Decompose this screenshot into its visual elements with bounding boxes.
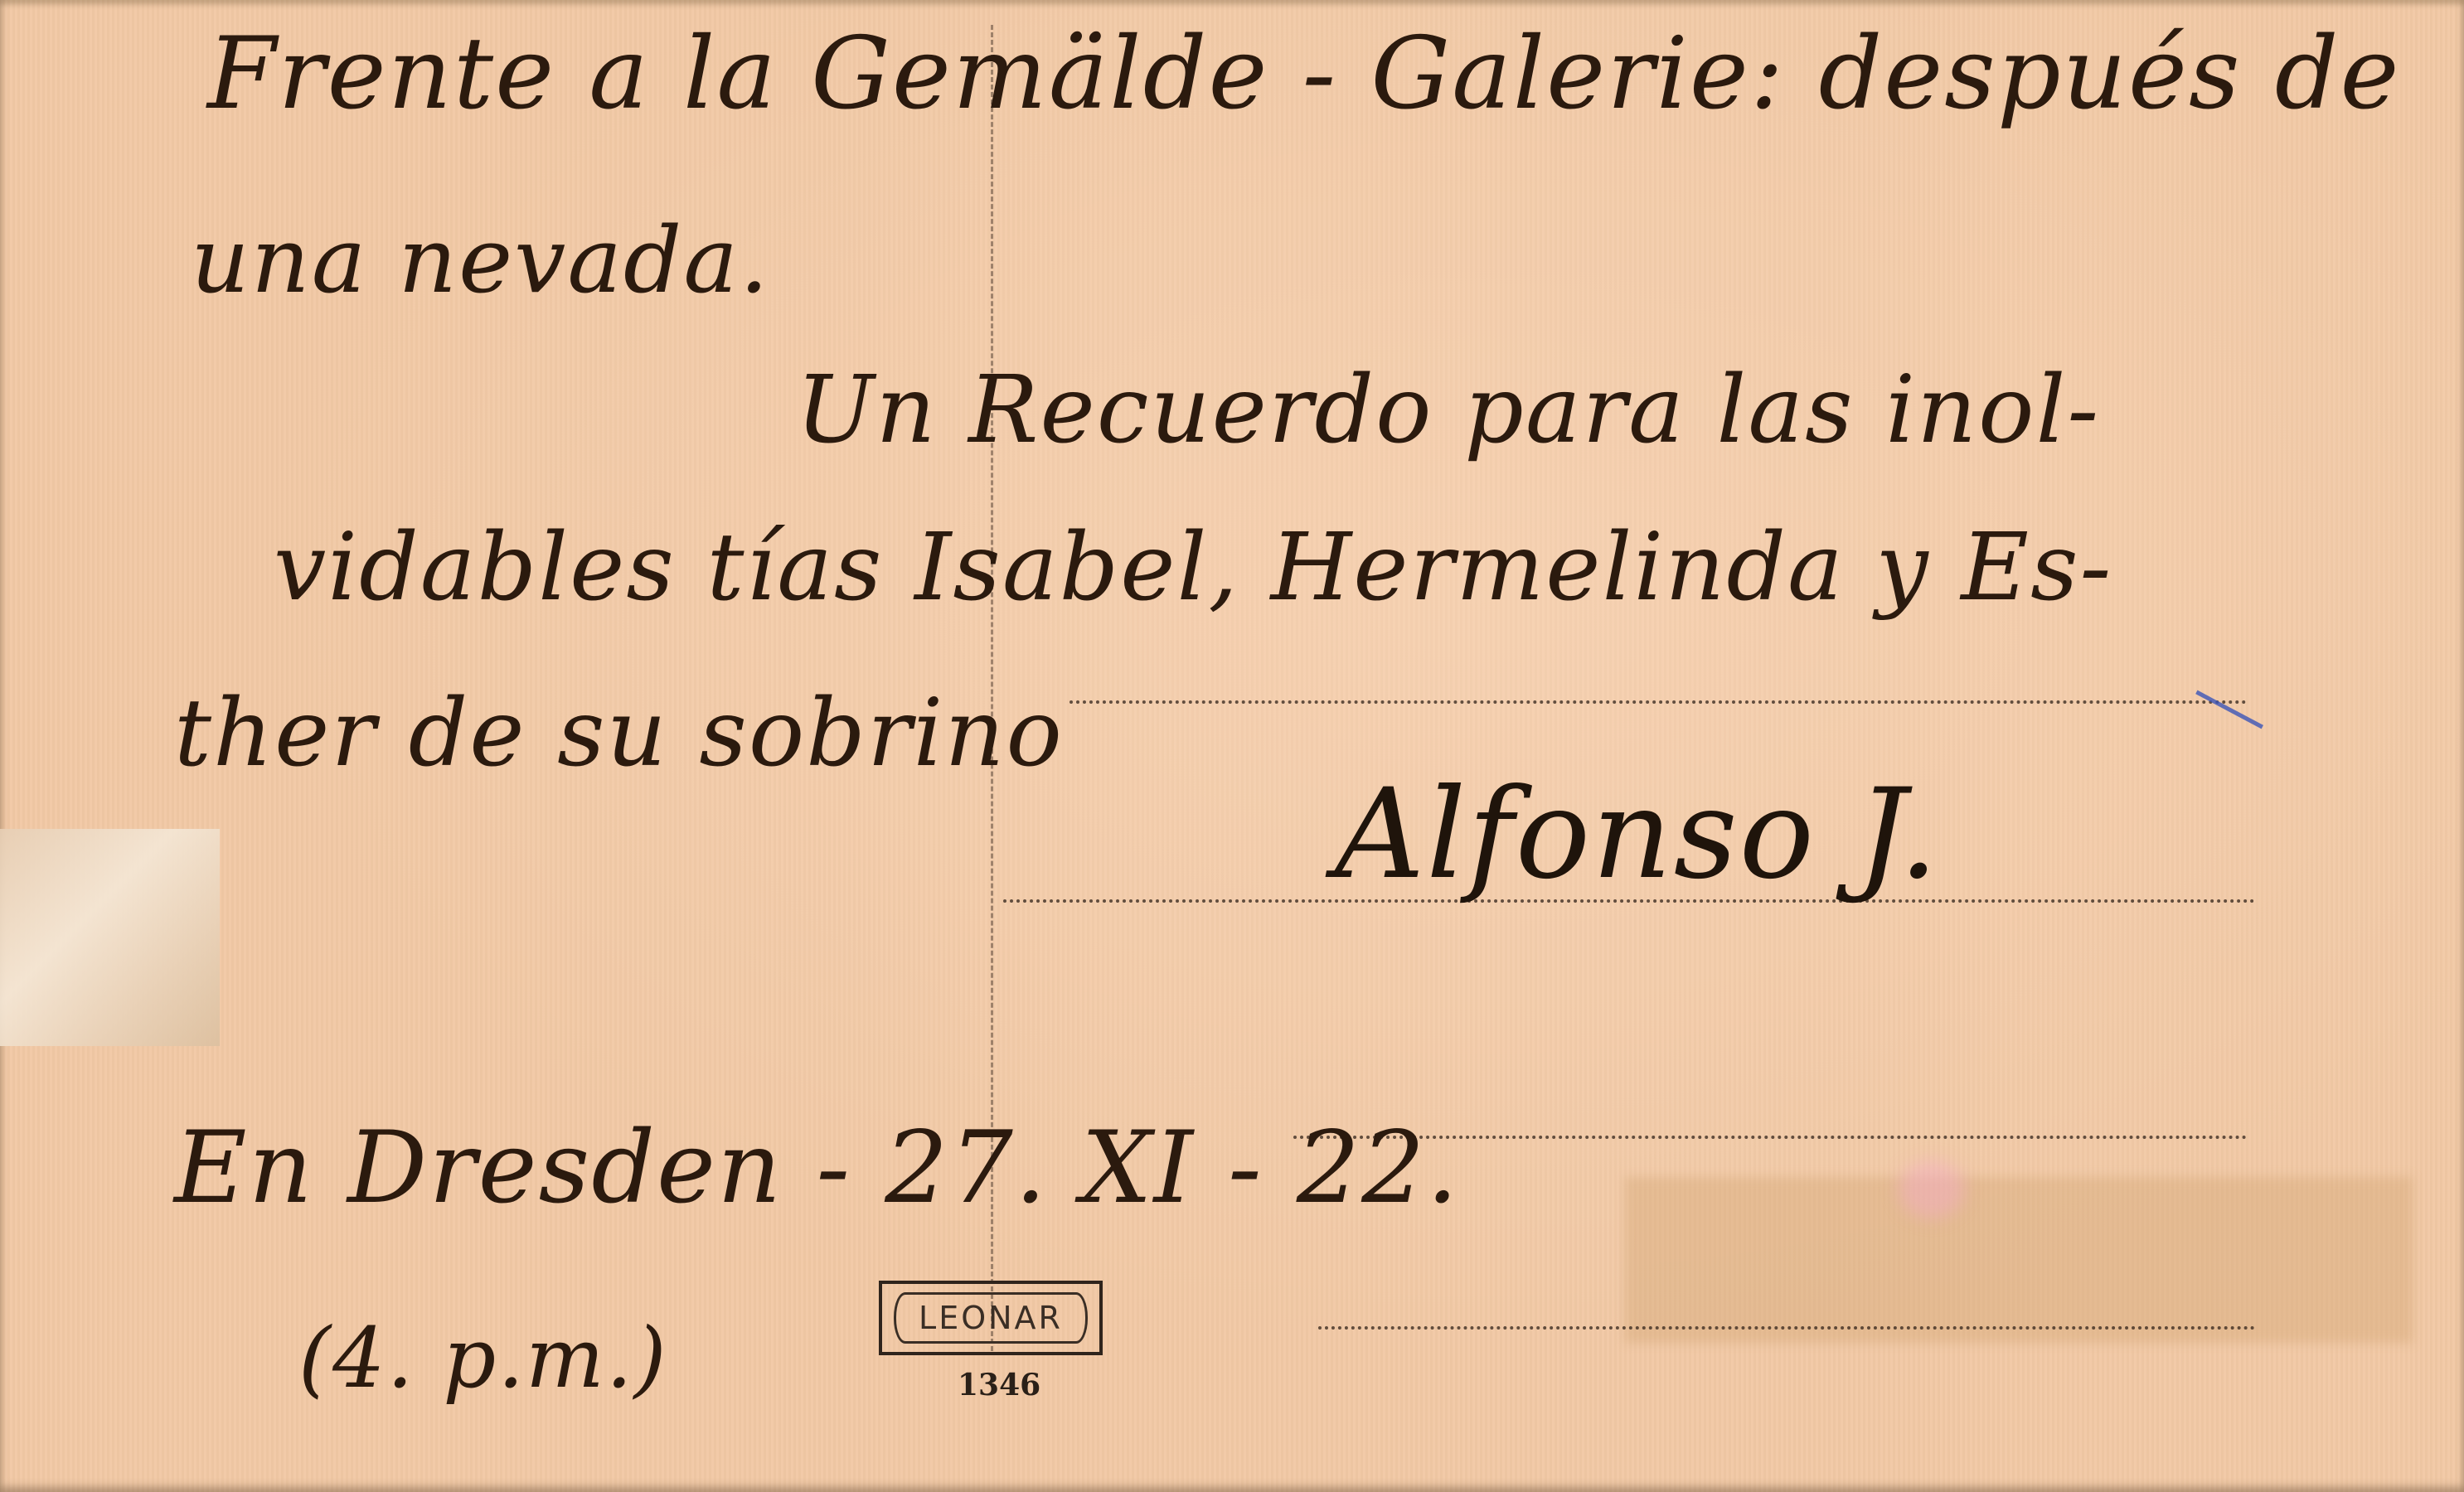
- publisher-name: LEONAR: [894, 1292, 1088, 1344]
- postcard-back: Frente a la Gemälde - Galerie: después d…: [0, 0, 2464, 1492]
- serial-number: 1346: [958, 1368, 1040, 1402]
- time-note: (4. p.m.): [298, 1310, 668, 1407]
- publisher-stamp: LEONAR: [879, 1281, 1103, 1355]
- message-line-3: Un Recuerdo para las inol-: [796, 356, 2100, 464]
- message-line-2: una nevada.: [191, 207, 770, 313]
- address-line-1: [1070, 700, 2247, 704]
- tape-residue: [0, 829, 220, 1046]
- place-date: En Dresden - 27. XI - 22.: [174, 1111, 1460, 1226]
- message-line-1: Frente a la Gemälde - Galerie: después d…: [207, 17, 2401, 132]
- address-line-4: [1318, 1326, 2255, 1330]
- pink-stain: [1899, 1160, 1965, 1218]
- stamp-stain: [1625, 1177, 2413, 1343]
- message-line-5: ther de su sobrino: [174, 680, 1064, 787]
- signature: Alfonso J.: [1335, 763, 1940, 907]
- message-line-4: vidables tías Isabel, Hermelinda y Es-: [274, 514, 2112, 622]
